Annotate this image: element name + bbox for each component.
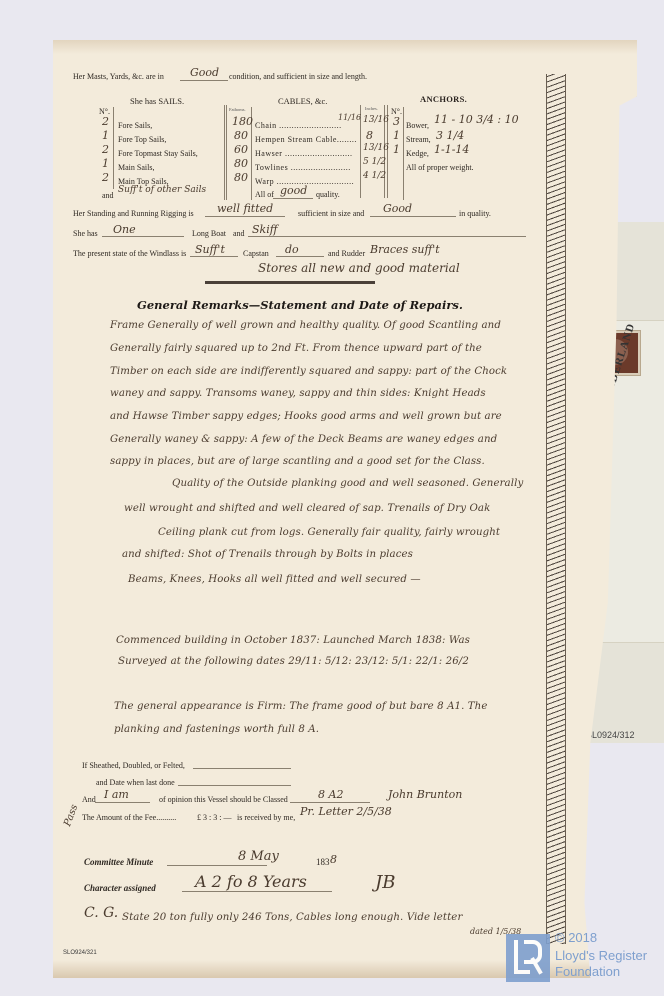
cable-inches: 8 [366,129,373,142]
masts-value: Good [190,66,219,79]
cable-name-text: Hawser [255,149,282,158]
remarks-line: Timber on each side are indifferently sq… [110,366,507,377]
boats-label: She has [73,229,98,238]
capstan-label: Capstan [243,249,269,258]
remarks-line: planking and fastenings worth full 8 A. [114,724,319,735]
sails-row-no: 1 [102,129,109,142]
anchor-name: Bower, [406,121,429,130]
committee-minute-line [167,865,267,866]
sheathing-label: If Sheathed, Doubled, or Felted, [82,761,185,770]
sails-row-no: 2 [102,143,109,156]
rudder-value: Braces suff't [370,243,440,256]
sails-row-name: Fore Sails, [118,121,152,130]
anchor-value: 3 1/4 [436,129,464,142]
date-last-done-label: and Date when last done [96,778,175,787]
cable-name-text: Warp [255,177,274,186]
rigging-line [205,216,285,217]
watermark-year: © 2018 [555,930,597,945]
sails-header: She has SAILS. [130,96,184,106]
remarks-line: Generally fairly squared up to 2nd Ft. F… [110,343,482,354]
watermark-name: Lloyd's Register [555,948,647,963]
remarks-line: Beams, Knees, Hooks all well fitted and … [128,574,421,585]
sails-divider [113,107,114,189]
received-label: is received by me, [237,813,295,822]
sails-row-no: 2 [102,115,109,128]
rigging-quality-value: Good [383,202,412,215]
sails-row-no: 1 [102,157,109,170]
watermark-foundation: Foundation [555,964,620,979]
boats-and: and [233,229,245,238]
sails-row-no: 2 [102,171,109,184]
skiff-line [248,236,526,237]
spiral-binding [546,74,566,944]
envelope-reference: SL0924/312 [586,730,635,740]
cable-inches: 5 1/2 [363,157,386,167]
remarks-line: and Hawse Timber sappy edges; Hooks good… [110,411,502,422]
windlass-value: Suff't [195,243,225,256]
fathoms-header: Fathoms. [229,107,246,112]
cable-fathoms: 80 [234,157,248,170]
cables-all-of-value: good [280,184,307,197]
boats-line [102,236,184,237]
cables-quality-label: quality. [316,190,340,199]
cable-name: Towlines ........................ [255,163,351,172]
windlass-line [190,256,238,257]
remarks-title: General Remarks—Statement and Date of Re… [137,298,463,312]
anchor-name: Stream, [406,135,431,144]
remarks-line: waney and sappy. Transoms waney, sappy a… [110,388,486,399]
date-last-done-line [178,785,291,786]
capstan-value: do [285,243,299,256]
anchor-name: Kedge, [406,149,429,158]
sails-and-label: and [102,191,114,200]
anchor-value: 1-1-14 [434,143,469,156]
anchors-footer: All of proper weight. [406,163,474,172]
sails-and-value: Suff't of other Sails [118,185,206,195]
remarks-line: sappy in places, but are of large scantl… [110,456,485,467]
and-label: And [82,795,96,804]
remarks-line: Generally waney & sappy: A few of the De… [110,434,497,445]
boats-middle: Long Boat [192,229,226,238]
and-line [95,802,150,803]
inches-header: Inches. [365,106,378,111]
initials-signature: JB [375,872,395,893]
cables-quality-line [273,198,313,199]
cable-name: Hempen Stream Cable........ [255,135,357,144]
sails-row-name: Main Sails, [118,163,154,172]
committee-year-prefix: 183 [316,857,330,867]
character-line [182,891,332,892]
lloyds-register-logo-icon [506,934,550,982]
remarks-line: Commenced building in October 1837: Laun… [116,635,470,646]
remarks-line: well wrought and shifted and well cleare… [124,503,490,514]
cables-left-divider [224,105,225,200]
cable-fathoms: 80 [234,129,248,142]
section-rule [205,281,375,284]
anchors-no-divider [403,107,404,200]
cable-inches: 13/16 [363,115,389,125]
note-prefix: C. G. [84,905,118,921]
anchor-no: 1 [393,143,400,156]
rudder-label: and Rudder [328,249,365,258]
remarks-line: Frame Generally of well grown and health… [110,320,501,331]
rigging-quality-line [370,216,456,217]
sails-row-name: Fore Topmast Stay Sails, [118,149,198,158]
received-value: Pr. Letter 2/5/38 [300,805,392,818]
cable-name-text: Chain [255,121,277,130]
cable-name-text: Towlines [255,163,288,172]
character-assigned-label: Character assigned [84,883,156,893]
cable-note: 11/16 [338,113,361,122]
boats-value: One [113,223,136,236]
sails-row-name: Fore Top Sails, [118,135,166,144]
remarks-line: Quality of the Outside planking good and… [172,478,523,489]
committee-year-value: 8 [330,853,337,866]
surveyor-signature: John Brunton [388,788,462,801]
cable-fathoms: 180 [232,115,253,128]
committee-note: State 20 ton fully only 246 Tons, Cables… [122,912,462,923]
anchor-no: 3 [393,115,400,128]
cables-all-of-label: All of [255,190,274,199]
masts-label: Her Masts, Yards, &c. are in [73,72,164,81]
committee-minute-value: 8 May [238,849,279,864]
document-reference: SLO924/321 [63,950,97,956]
remarks-line: The general appearance is Firm: The fram… [114,701,487,712]
cable-inches: 4 1/2 [363,171,386,181]
committee-minute-label: Committee Minute [84,857,153,867]
cable-fathoms: 60 [234,143,248,156]
sheathing-line [193,768,291,769]
fee-value: £ 3 : 3 : — [197,813,231,822]
masts-suffix: condition, and sufficient in size and le… [229,72,367,81]
opinion-label: of opinion this Vessel should be Classed [159,795,288,804]
capstan-line [276,256,324,257]
fee-label: The Amount of the Fee.......... [82,813,176,822]
cable-name: Chain ......................... [255,121,342,130]
cable-fathoms: 80 [234,171,248,184]
character-value: A 2 fo 8 Years [195,872,307,891]
anchor-value: 11 - 10 3/4 : 10 [434,113,519,126]
rigging-suffix: in quality. [459,209,491,218]
cables-header: CABLES, &c. [278,96,327,106]
rigging-middle: sufficient in size and [298,209,364,218]
windlass-label: The present state of the Windlass is [73,249,186,258]
remarks-line: Surveyed at the following dates 29/11: 5… [118,656,469,667]
anchor-no: 1 [393,129,400,142]
rigging-value: well fitted [217,202,273,215]
remarks-line: and shifted: Shot of Trenails through by… [122,549,413,560]
cable-name-text: Hempen Stream Cable [255,135,337,144]
anchors-header: ANCHORS. [420,94,467,104]
skiff-value: Skiff [252,223,278,236]
cables-left-divider-2 [226,105,227,200]
stores-note: Stores all new and good material [258,261,460,275]
class-line [290,802,370,803]
remarks-line: Ceiling plank cut from logs. Generally f… [158,527,500,538]
masts-line [180,80,228,81]
cable-name: Hawser ........................... [255,149,352,158]
class-value: 8 A2 [318,788,343,801]
cable-inches: 13/16 [363,143,389,153]
rigging-label: Her Standing and Running Rigging is [73,209,194,218]
and-value: I am [104,788,129,801]
